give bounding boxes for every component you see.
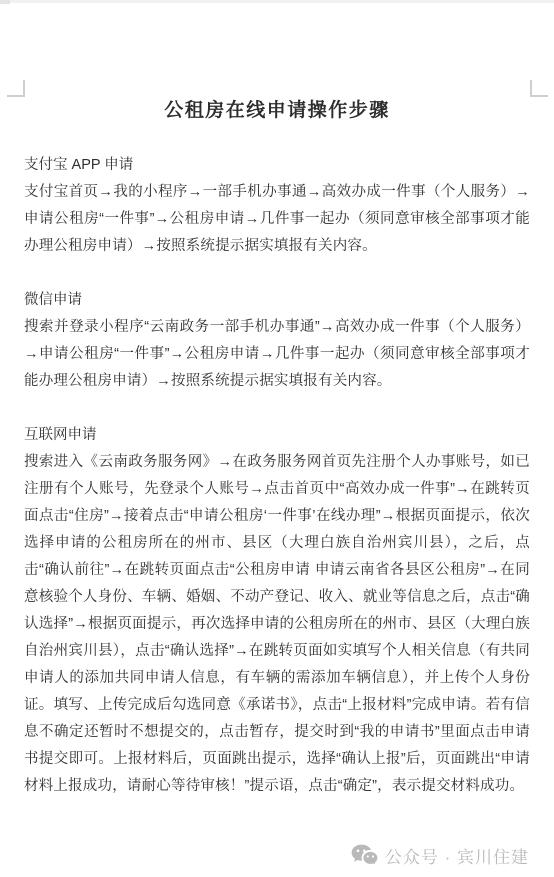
- section-internet-heading: 互联网申请: [24, 422, 530, 449]
- watermark-text: 公众号 · 宾川住建: [385, 843, 529, 868]
- section-internet-body: 搜索进入《云南政务服务网》→在政务服务网首页先注册个人办事账号，如已注册有个人账…: [24, 449, 530, 800]
- document-content: 公租房在线申请操作步骤 支付宝 APP 申请 支付宝首页→我的小程序→一部手机办…: [24, 0, 530, 800]
- section-wechat-heading: 微信申请: [24, 287, 530, 314]
- page-top-edge-notch: [0, 0, 10, 4]
- section-wechat-body: 搜索并登录小程序“云南政务一部手机办事通”→高效办成一件事（个人服务）→申请公租…: [24, 314, 530, 395]
- watermark: 公众号 · 宾川住建: [351, 843, 529, 868]
- section-alipay-body: 支付宝首页→我的小程序→一部手机办事通→高效办成一件事（个人服务）→申请公租房“…: [24, 179, 530, 260]
- document-page: 公租房在线申请操作步骤 支付宝 APP 申请 支付宝首页→我的小程序→一部手机办…: [0, 0, 554, 877]
- section-alipay-heading: 支付宝 APP 申请: [24, 152, 530, 179]
- text-boundary-mark-top-left: [7, 80, 25, 97]
- document-title: 公租房在线申请操作步骤: [24, 0, 530, 124]
- text-boundary-mark-top-right: [530, 80, 548, 97]
- section-internet: 互联网申请 搜索进入《云南政务服务网》→在政务服务网首页先注册个人办事账号，如已…: [24, 422, 530, 800]
- wechat-icon: [351, 844, 378, 867]
- section-alipay: 支付宝 APP 申请 支付宝首页→我的小程序→一部手机办事通→高效办成一件事（个…: [24, 152, 530, 260]
- section-wechat: 微信申请 搜索并登录小程序“云南政务一部手机办事通”→高效办成一件事（个人服务）…: [24, 287, 530, 395]
